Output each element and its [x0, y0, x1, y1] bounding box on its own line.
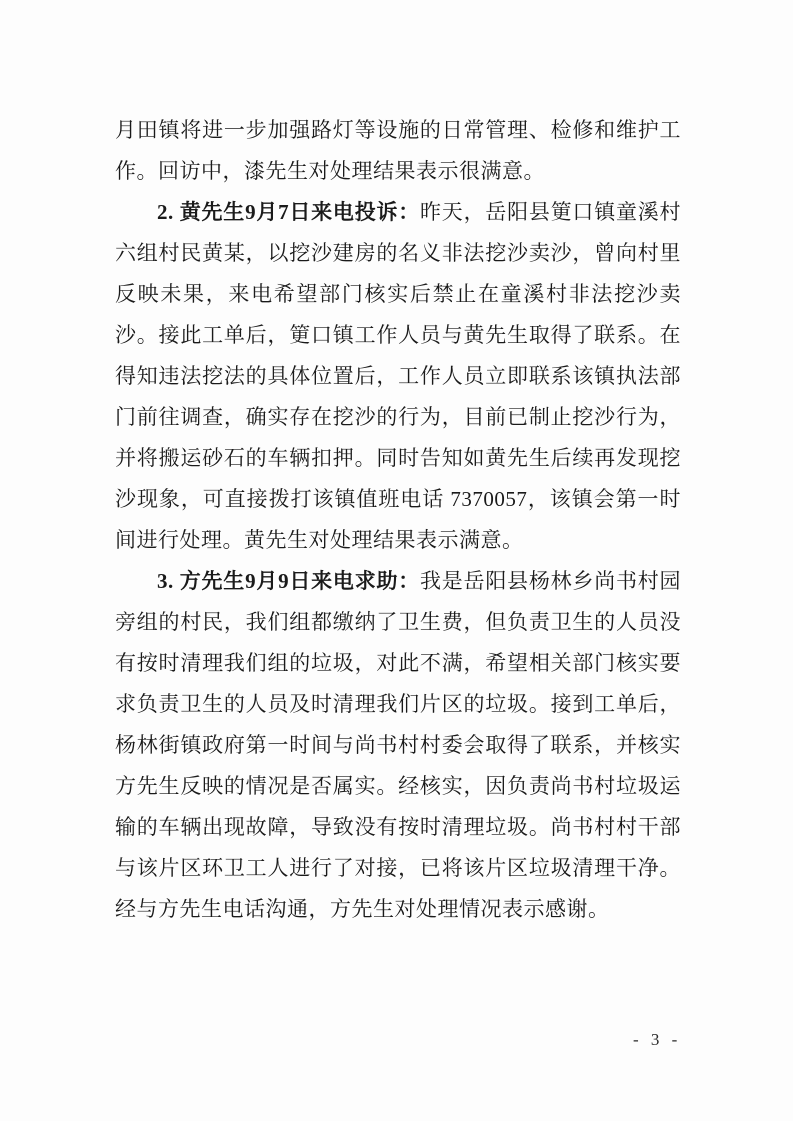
body-text: 月田镇将进一步加强路灯等设施的日常管理、检修和维护工作。回访中，漆先生对处理结果… — [115, 110, 681, 930]
paragraph-item-3: 3. 方先生9月9日来电求助：我是岳阳县杨林乡尚书村园旁组的村民，我们组都缴纳了… — [115, 561, 681, 930]
paragraph-lead: 3. 方先生9月9日来电求助： — [157, 569, 420, 593]
paragraph-continuation: 月田镇将进一步加强路灯等设施的日常管理、检修和维护工作。回访中，漆先生对处理结果… — [115, 110, 681, 192]
paragraph-item-2: 2. 黄先生9月7日来电投诉：昨天，岳阳县筻口镇童溪村六组村民黄某，以挖沙建房的… — [115, 192, 681, 561]
page-number: - 3 - — [633, 1030, 681, 1050]
paragraph-body: 我是岳阳县杨林乡尚书村园旁组的村民，我们组都缴纳了卫生费，但负责卫生的人员没有按… — [115, 569, 681, 921]
paragraph-body: 月田镇将进一步加强路灯等设施的日常管理、检修和维护工作。回访中，漆先生对处理结果… — [115, 118, 681, 183]
paragraph-lead: 2. 黄先生9月7日来电投诉： — [157, 200, 420, 224]
document-page: 月田镇将进一步加强路灯等设施的日常管理、检修和维护工作。回访中，漆先生对处理结果… — [0, 0, 793, 1121]
paragraph-body: 昨天，岳阳县筻口镇童溪村六组村民黄某，以挖沙建房的名义非法挖沙卖沙，曾向村里反映… — [115, 200, 681, 552]
